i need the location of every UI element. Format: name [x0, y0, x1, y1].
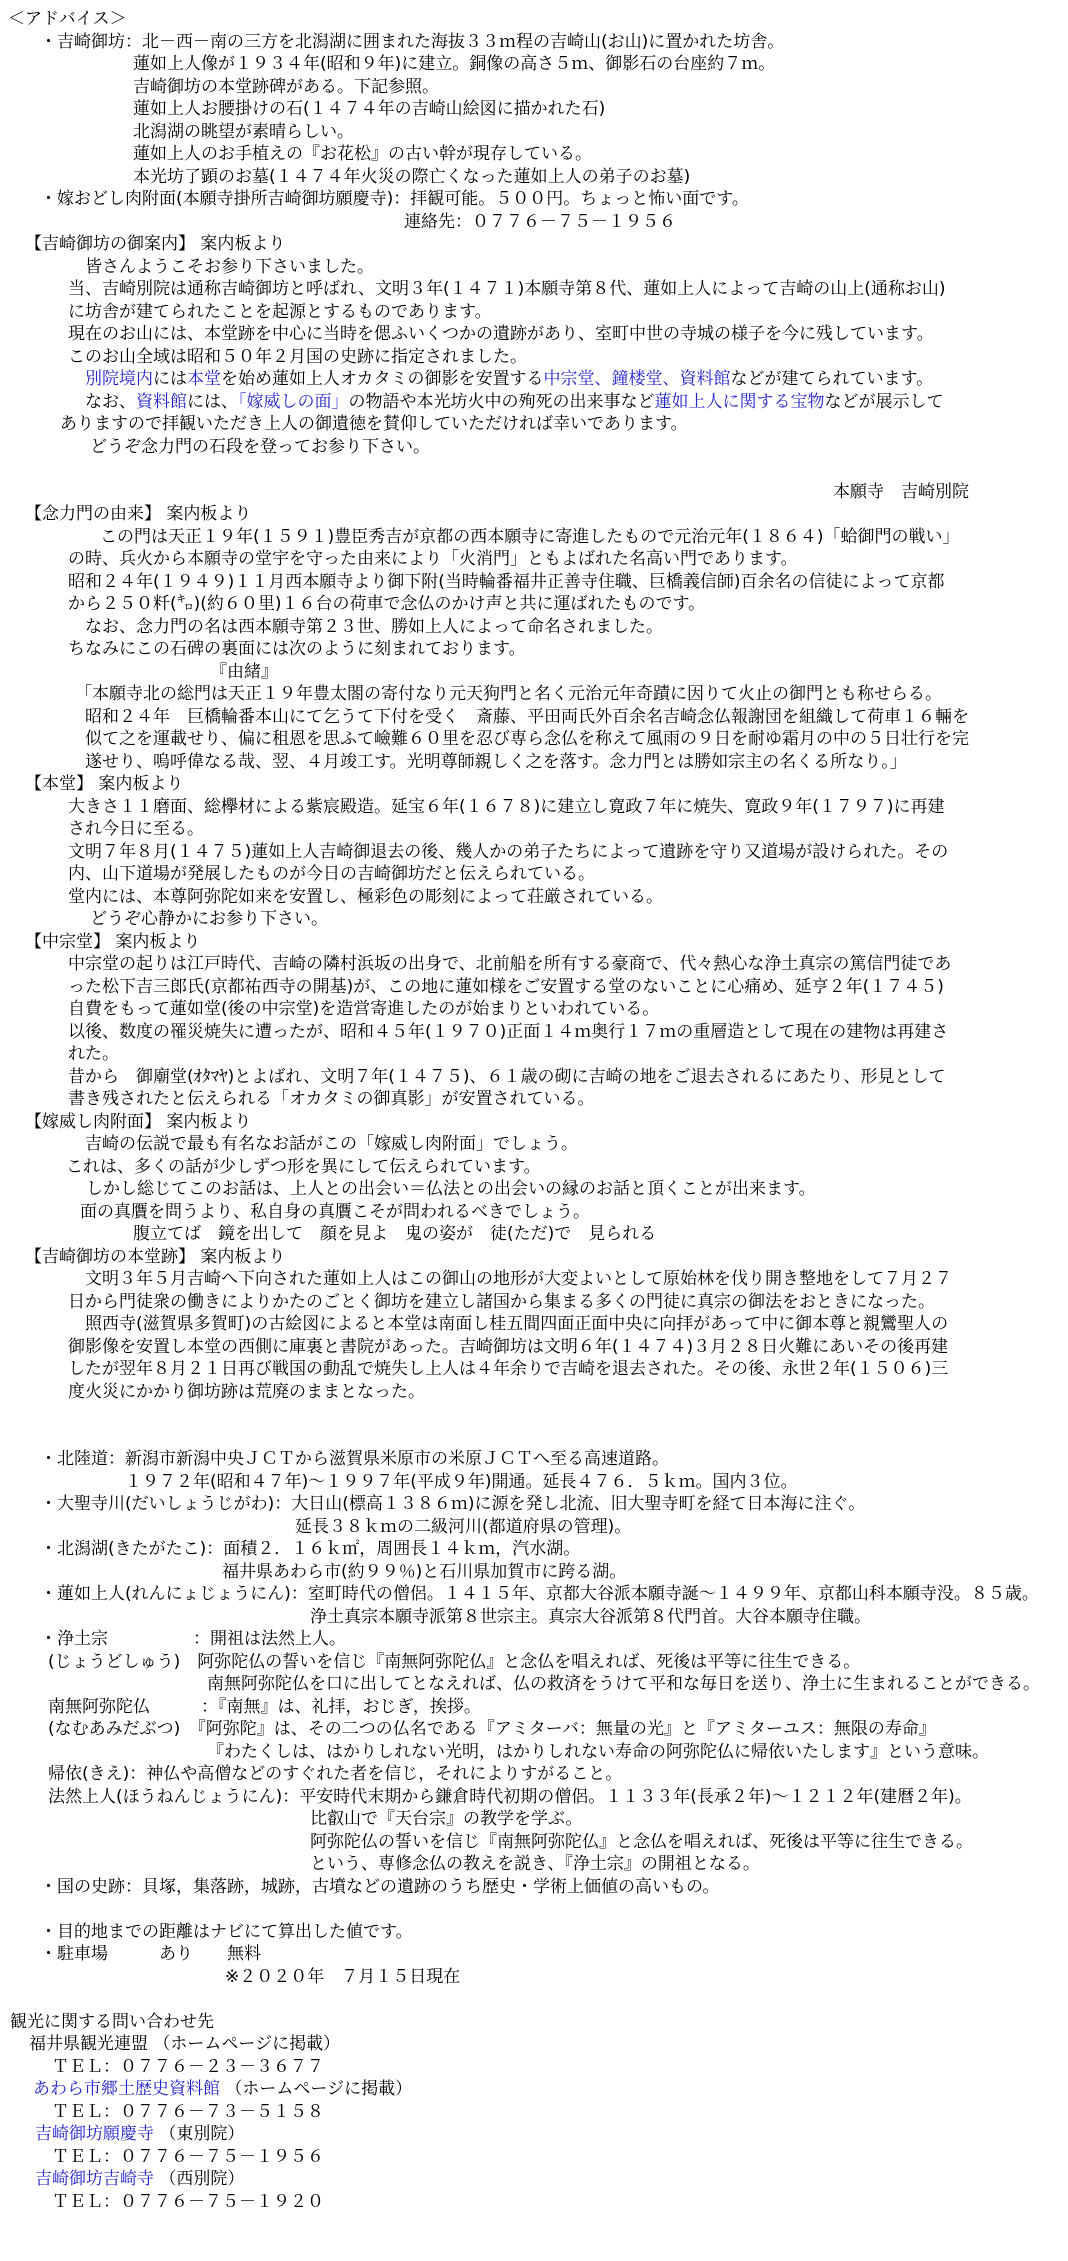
text-segment: ありますので拝観いただき上人の御遺徳を賛仰していただければ幸いであります。: [60, 414, 688, 434]
text-line: 遂せり、嗚呼偉なる哉、翌、４月竣工す。光明尊師親しく之を落す。念力門とは勝如宗主…: [0, 751, 1068, 774]
text-segment: 【吉崎御坊の本堂跡】 案内板より: [25, 1247, 285, 1267]
section-heading: 【中宗堂】 案内板より: [0, 931, 1068, 954]
text-segment: ・大聖寺川(だいしょうじがわ)：大日山(標高１３８６ｍ)に源を発し北流、旧大聖寺…: [40, 1494, 865, 1514]
text-segment: （ホームページに掲載）: [220, 2079, 412, 2099]
text-line: なお、念力門の名は西本願寺第２３世、勝如上人によって命名されました。: [0, 616, 1068, 639]
text-segment: 帰依(きえ)：神仏や高僧などのすぐれた者を信じ，それによりすがること。: [48, 1764, 622, 1784]
text-segment: 中宗堂の起りは江戸時代、吉崎の隣村浜坂の出身で、北前船を所有する豪商で、代々熱心…: [68, 954, 951, 974]
text-segment: ・蓮如上人(れんにょじょうにん)：室町時代の僧侶。１４１５年、京都大谷派本願寺誕…: [40, 1584, 1039, 1604]
text-line: 昭和２４年(１９４９)１１月西本願寺より御下附(当時輪番福井正善寺住職、巨橋義信…: [0, 571, 1068, 594]
text-line: 現在のお山には、本堂跡を中心に当時を偲ふいくつかの遺跡があり、室町中世の寺城の様…: [0, 323, 1068, 346]
text-segment: ・北潟湖(きたがたこ)：面積２．１６ｋ㎡，周囲長１４ｋｍ，汽水湖。: [40, 1539, 580, 1559]
text-segment: ＴＥＬ：０７７６－７５－１９２０: [52, 2192, 324, 2212]
text-line: に坊舎が建てられたことを起源とするものであります。: [0, 301, 1068, 324]
text-segment: 南無阿弥陀仏を口に出してとなえれば、仏の救済をうけて平和な毎日を送り、浄土に生ま…: [207, 1674, 1040, 1694]
text-segment: ・国の史跡：貝塚，集落跡，城跡，古墳などの遺跡のうち歴史・学術上価値の高いもの。: [40, 1877, 719, 1897]
text-segment: った松下吉三郎氏(京都祐西寺の開基)が、この地に蓮如様をご安置する堂のないことに…: [68, 977, 944, 997]
link[interactable]: 別院境内: [85, 369, 153, 389]
bullet-line: ・嫁おどし肉附面(本願寺掛所吉崎御坊願慶寺)：拝観可能。５００円。ちょっと怖い面…: [0, 188, 1068, 211]
text-line: 大きさ１１磨面、総欅材による紫宸殿造。延宝６年(１６７８)に建立し寛政７年に焼失…: [0, 796, 1068, 819]
section-heading: 【吉崎御坊の御案内】 案内板より: [0, 233, 1068, 256]
text-line: 法然上人(ほうねんじょうにん)：平安時代末期から鎌倉時代初期の僧侶。１１３３年(…: [0, 1786, 1068, 1809]
link[interactable]: 吉崎御坊願慶寺: [35, 2124, 154, 2144]
blank-line: [0, 1403, 1068, 1426]
text-line: これは、多くの話が少しずつ形を異にして伝えられています。: [0, 1156, 1068, 1179]
text-line: あわら市郷土歴史資料館 （ホームページに掲載）: [0, 2078, 1068, 2101]
text-segment: れた。: [68, 1044, 119, 1064]
bullet-line: ・大聖寺川(だいしょうじがわ)：大日山(標高１３８６ｍ)に源を発し北流、旧大聖寺…: [0, 1493, 1068, 1516]
tel-line: ＴＥＬ：０７７６－２３－３６７７: [0, 2056, 1068, 2079]
text-segment: 皆さんようこそお参り下さいました。: [85, 257, 374, 277]
text-segment: 度火災にかかり御坊跡は荒廃のままとなった。: [68, 1382, 425, 1402]
text-line: った松下吉三郎氏(京都祐西寺の開基)が、この地に蓮如様をご安置する堂のないことに…: [0, 976, 1068, 999]
text-segment: なお、念力門の名は西本願寺第２３世、勝如上人によって命名されました。: [85, 617, 663, 637]
text-line: 書き残されたと伝えられる「オカタミの御真影」が安置されている。: [0, 1088, 1068, 1111]
text-line: 内、山下道場が発展したものが今日の吉崎御坊だと伝えられている。: [0, 863, 1068, 886]
text-line: 比叡山で『天台宗』の教学を学ぶ。: [0, 1808, 1068, 1831]
text-segment: 福井県あわら市(約９９％)と石川県加賀市に跨る湖。: [222, 1562, 626, 1582]
text-line: 文明７年８月(１４７５)蓮如上人吉崎御退去の後、幾人かの弟子たちによって遺跡を守…: [0, 841, 1068, 864]
text-line: どうぞ心静かにお参り下さい。: [0, 908, 1068, 931]
text-line: 南無阿弥陀仏を口に出してとなえれば、仏の救済をうけて平和な毎日を送り、浄土に生ま…: [0, 1673, 1068, 1696]
text-line: この門は天正１９年(１５９１)豊臣秀吉が京都の西本願寺に寄進したもので元治元年(…: [0, 526, 1068, 549]
document: ＜アドバイス＞・吉崎御坊：北－西－南の三方を北潟湖に囲まれた海抜３３ｍ程の吉崎山…: [0, 0, 1068, 2213]
text-line: 御影像を安置し本堂の西側に庫裏と書院があった。吉崎御坊は文明６年(１４７４)３月…: [0, 1336, 1068, 1359]
link[interactable]: あわら市郷土歴史資料館: [33, 2079, 220, 2099]
tel-line: ＴＥＬ：０７７６－７３－５１５８: [0, 2101, 1068, 2124]
text-segment: 【本堂】 案内板より: [25, 774, 183, 794]
text-segment: という、専修念仏の教えを説き、『浄土宗』の開祖となる。: [310, 1854, 760, 1874]
text-line: 『由緒』: [0, 661, 1068, 684]
text-segment: には: [153, 369, 187, 389]
inquiry-heading: 観光に関する問い合わせ先: [0, 2011, 1068, 2034]
signature: 本願寺 吉崎別院: [0, 481, 1068, 504]
text-segment: このお山全域は昭和５０年２月国の史跡に指定されました。: [68, 347, 527, 367]
bullet-line: ・国の史跡：貝塚，集落跡，城跡，古墳などの遺跡のうち歴史・学術上価値の高いもの。: [0, 1876, 1068, 1899]
advice-heading: ＜アドバイス＞: [0, 8, 1068, 31]
text-line: したが翌年８月２１日再び戦国の動乱で焼失し上人は４年余りで吉崎を退去された。その…: [0, 1358, 1068, 1381]
text-line: 本光坊了顕のお墓(１４７４年火災の際亡くなった蓮如上人の弟子のお墓): [0, 166, 1068, 189]
text-segment: 蓮如上人お腰掛けの石(１４７４年の吉崎山絵図に描かれた石): [133, 99, 605, 119]
text-segment: に坊舎が建てられたことを起源とするものであります。: [68, 302, 492, 322]
text-line: 自費をもって蓮如堂(後の中宗堂)を造営寄進したのが始まりといわれている。: [0, 998, 1068, 1021]
text-line: 蓮如上人のお手植えの『お花松』の古い幹が現存している。: [0, 143, 1068, 166]
text-line: しかし総じてこのお話は、上人との出会い＝仏法との出会いの縁のお話と頂くことが出来…: [0, 1178, 1068, 1201]
section-heading: 【嫁威し肉附面】 案内板より: [0, 1111, 1068, 1134]
text-line: 似て之を運載せり、偏に租恩を思ふて嶮難６０里を忍び専ら念仏を称えて風雨の９日を耐…: [0, 728, 1068, 751]
text-segment: 文明７年８月(１４７５)蓮如上人吉崎御退去の後、幾人かの弟子たちによって遺跡を守…: [68, 842, 948, 862]
text-segment: 阿弥陀仏の誓いを信じ『南無阿弥陀仏』と念仏を唱えれば、死後は平等に往生できる。: [310, 1832, 973, 1852]
text-line: １９７２年(昭和４７年)～１９９７年(平成９年)開通。延長４７６．５ｋｍ。国内３…: [0, 1471, 1068, 1494]
text-line: 吉崎御坊願慶寺 （東別院）: [0, 2123, 1068, 2146]
text-segment: 書き残されたと伝えられる「オカタミの御真影」が安置されている。: [68, 1089, 595, 1109]
text-segment: の時、兵火から本願寺の堂宇を守った由来により「火消門」ともよばれた名高い門であり…: [68, 549, 798, 569]
link[interactable]: 吉崎御坊吉崎寺: [35, 2169, 154, 2189]
text-line: 浄土真宗本願寺派第８世宗主。真宗大谷派第８代門首。大谷本願寺住職。: [0, 1606, 1068, 1629]
text-segment: 【念力門の由来】 案内板より: [25, 504, 251, 524]
text-line: 『わたくしは、はかりしれない光明，はかりしれない寿命の阿弥陀仏に帰依いたします』…: [0, 1741, 1068, 1764]
text-segment: （西別院）: [154, 2169, 244, 2189]
text-line: れた。: [0, 1043, 1068, 1066]
text-segment: 【吉崎御坊の御案内】 案内板より: [25, 234, 285, 254]
text-segment: 大きさ１１磨面、総欅材による紫宸殿造。延宝６年(１６７８)に建立し寛政７年に焼失…: [68, 797, 945, 817]
link[interactable]: 資料館: [136, 392, 187, 412]
text-segment: 比叡山で『天台宗』の教学を学ぶ。: [310, 1809, 582, 1829]
text-segment: ・目的地までの距離はナビにて算出した値です。: [40, 1922, 413, 1942]
blank-line: [0, 1988, 1068, 2011]
text-line: ありますので拝観いただき上人の御遺徳を賛仰していただければ幸いであります。: [0, 413, 1068, 436]
text-segment: したが翌年８月２１日再び戦国の動乱で焼失し上人は４年余りで吉崎を退去された。その…: [68, 1359, 948, 1379]
tel-line: ＴＥＬ：０７７６－７５－１９２０: [0, 2191, 1068, 2214]
bullet-line: ・北潟湖(きたがたこ)：面積２．１６ｋ㎡，周囲長１４ｋｍ，汽水湖。: [0, 1538, 1068, 1561]
text-line: 南無阿弥陀仏 ：『南無』は、礼拝，おじぎ，挨拶。: [0, 1696, 1068, 1719]
text-segment: 吉崎の伝説で最も有名なお話がこの「嫁威し肉附面」でしょう。: [85, 1134, 578, 1154]
text-line: 照西寺(滋賀県多賀町)の古絵図によると本堂は南面し桂五間四面正面中央に向拝があっ…: [0, 1313, 1068, 1336]
text-line: 皆さんようこそお参り下さいました。: [0, 256, 1068, 279]
text-segment: 以後、数度の罹災焼失に遭ったが、昭和４５年(１９７０)正面１４ｍ奥行１７ｍの重層…: [68, 1022, 948, 1042]
text-line: 中宗堂の起りは江戸時代、吉崎の隣村浜坂の出身で、北前船を所有する豪商で、代々熱心…: [0, 953, 1068, 976]
text-line: され今日に至る。: [0, 818, 1068, 841]
section-heading: 【本堂】 案内板より: [0, 773, 1068, 796]
text-segment: 連絡先：０７７６－７５－１９５６: [404, 212, 676, 232]
text-segment: 文明３年５月吉崎へ下向された蓮如上人はこの御山の地形が大変よいとして原始林を伐り…: [85, 1269, 952, 1289]
text-segment: 昭和２４年 巨橋輪番本山にて乞うて下付を受く 斎藤、平田両氏外百余名吉崎念仏報謝…: [85, 707, 969, 727]
link[interactable]: 「嫁威しの面」: [238, 392, 349, 412]
text-segment: 照西寺(滋賀県多賀町)の古絵図によると本堂は南面し桂五間四面正面中央に向拝があっ…: [85, 1314, 948, 1334]
text-line: 日から門徒衆の働きによりかたのごとく御坊を建立し諸国から集まる多くの門徒に真宗の…: [0, 1291, 1068, 1314]
text-segment: を始め蓮如上人オカタミの御影を安置する: [221, 369, 544, 389]
text-segment: ＴＥＬ：０７７６－７５－１９５６: [52, 2147, 324, 2167]
text-line: の時、兵火から本願寺の堂宇を守った由来により「火消門」ともよばれた名高い門であり…: [0, 548, 1068, 571]
text-segment: この門は天正１９年(１５９１)豊臣秀吉が京都の西本願寺に寄進したもので元治元年(…: [100, 527, 960, 547]
text-line: 度火災にかかり御坊跡は荒廃のままとなった。: [0, 1381, 1068, 1404]
text-segment: ＴＥＬ：０７７６－２３－３６７７: [52, 2057, 324, 2077]
as-of-date: ※２０２０年 ７月１５日現在: [0, 1966, 1068, 1989]
text-line: 北潟湖の眺望が素晴らしい。: [0, 121, 1068, 144]
text-segment: 自費をもって蓮如堂(後の中宗堂)を造営寄進したのが始まりといわれている。: [68, 999, 659, 1019]
text-segment: などが建てられています。: [731, 369, 934, 389]
text-line: から２５０粁(㌔)(約６０里)１６台の荷車で念仏のかけ声と共に運ばれたものです。: [0, 593, 1068, 616]
text-segment: 本光坊了顕のお墓(１４７４年火災の際亡くなった蓮如上人の弟子のお墓): [133, 167, 690, 187]
text-segment: 【嫁威し肉附面】 案内板より: [25, 1112, 251, 1132]
text-line: 吉崎御坊吉崎寺 （西別院）: [0, 2168, 1068, 2191]
text-segment: ・嫁おどし肉附面(本願寺掛所吉崎御坊願慶寺)：拝観可能。５００円。ちょっと怖い面…: [40, 189, 749, 209]
bullet-line: ・目的地までの距離はナビにて算出した値です。: [0, 1921, 1068, 1944]
bullet-line: ・蓮如上人(れんにょじょうにん)：室町時代の僧侶。１４１５年、京都大谷派本願寺誕…: [0, 1583, 1068, 1606]
text-line: 堂内には、本尊阿弥陀如来を安置し、極彩色の彫刻によって荘厳されている。: [0, 886, 1068, 909]
text-segment: (なむあみだぶつ) 『阿弥陀』は、その二つの仏名である『アミターバ：無量の光』と…: [48, 1719, 936, 1739]
text-segment: 内、山下道場が発展したものが今日の吉崎御坊だと伝えられている。: [68, 864, 595, 884]
text-line: なお、資料館には、「嫁威しの面」の物語や本光坊火中の殉死の出来事など蓮如上人に関…: [0, 391, 1068, 414]
text-line: 昔から 御廟堂(ｵﾀﾏﾔ)とよばれ、文明７年(１４７５)、６１歳の砌に吉崎の地を…: [0, 1066, 1068, 1089]
text-line: このお山全域は昭和５０年２月国の史跡に指定されました。: [0, 346, 1068, 369]
text-segment: 【中宗堂】 案内板より: [25, 932, 200, 952]
bullet-line: ・北陸道：新潟市新潟中央ＪＣＴから滋賀県米原市の米原ＪＣＴへ至る高速道路。: [0, 1448, 1068, 1471]
text-line: 別院境内には本堂を始め蓮如上人オカタミの御影を安置する中宗堂、鐘楼堂、資料館など…: [0, 368, 1068, 391]
text-segment: 観光に関する問い合わせ先: [10, 2012, 214, 2032]
text-segment: 『由緒』: [210, 662, 278, 682]
text-line: 文明３年５月吉崎へ下向された蓮如上人はこの御山の地形が大変よいとして原始林を伐り…: [0, 1268, 1068, 1291]
bullet-line: ・駐車場 あり 無料: [0, 1943, 1068, 1966]
section-heading: 【念力門の由来】 案内板より: [0, 503, 1068, 526]
text-segment: ＴＥＬ：０７７６－７３－５１５８: [52, 2102, 324, 2122]
text-segment: 昔から 御廟堂(ｵﾀﾏﾔ)とよばれ、文明７年(１４７５)、６１歳の砌に吉崎の地を…: [68, 1067, 946, 1087]
text-line: 吉崎御坊の本堂跡碑がある。下記参照。: [0, 76, 1068, 99]
text-segment: 腹立てば 鏡を出して 顔を見よ 鬼の姿が 徒(ただ)で 見られる: [133, 1224, 656, 1244]
section-heading: 【吉崎御坊の本堂跡】 案内板より: [0, 1246, 1068, 1269]
text-segment: これは、多くの話が少しずつ形を異にして伝えられています。: [66, 1157, 541, 1177]
text-line: 腹立てば 鏡を出して 顔を見よ 鬼の姿が 徒(ただ)で 見られる: [0, 1223, 1068, 1246]
text-segment: 面の真贋を問うより、私自身の真贋こそが問われるべきでしょう。: [80, 1202, 590, 1222]
link[interactable]: 蓮如上人に関する宝物: [655, 392, 825, 412]
text-line: 蓮如上人お腰掛けの石(１４７４年の吉崎山絵図に描かれた石): [0, 98, 1068, 121]
text-segment: （東別院）: [154, 2124, 244, 2144]
blank-line: [0, 1898, 1068, 1921]
text-segment: 吉崎御坊の本堂跡碑がある。下記参照。: [133, 77, 439, 97]
text-segment: 「本願寺北の総門は天正１９年豊太閤の寄付なり元天狗門と名く元治元年奇蹟に因りて火…: [75, 684, 942, 704]
text-line: 昭和２４年 巨橋輪番本山にて乞うて下付を受く 斎藤、平田両氏外百余名吉崎念仏報謝…: [0, 706, 1068, 729]
text-segment: どうぞ心静かにお参り下さい。: [90, 909, 328, 929]
text-segment: ・吉崎御坊：北－西－南の三方を北潟湖に囲まれた海抜３３ｍ程の吉崎山(お山)に置か…: [40, 32, 784, 52]
text-segment: 御影像を安置し本堂の西側に庫裏と書院があった。吉崎御坊は文明６年(１４７４)３月…: [68, 1337, 948, 1357]
text-segment: なお、: [85, 392, 136, 412]
text-segment: 北潟湖の眺望が素晴らしい。: [133, 122, 354, 142]
text-segment: 浄土真宗本願寺派第８世宗主。真宗大谷派第８代門首。大谷本願寺住職。: [310, 1607, 871, 1627]
text-segment: ＜アドバイス＞: [8, 9, 127, 29]
text-segment: ※２０２０年 ７月１５日現在: [225, 1967, 460, 1987]
text-line: 福井県あわら市(約９９％)と石川県加賀市に跨る湖。: [0, 1561, 1068, 1584]
blank-line: [0, 1426, 1068, 1449]
text-segment: (じょうどしゅう) 阿弥陀仏の誓いを信じ『南無阿弥陀仏』と念仏を唱えれば、死後は…: [48, 1652, 860, 1672]
text-segment: 法然上人(ほうねんじょうにん)：平安時代末期から鎌倉時代初期の僧侶。１１３３年(…: [48, 1787, 972, 1807]
text-segment: 『わたくしは、はかりしれない光明，はかりしれない寿命の阿弥陀仏に帰依いたします』…: [207, 1742, 989, 1762]
text-segment: などが展示して: [825, 392, 944, 412]
text-segment: 本願寺 吉崎別院: [833, 482, 969, 502]
text-segment: ・北陸道：新潟市新潟中央ＪＣＴから滋賀県米原市の米原ＪＣＴへ至る高速道路。: [40, 1449, 669, 1469]
text-segment: 似て之を運載せり、偏に租恩を思ふて嶮難６０里を忍び専ら念仏を称えて風雨の９日を耐…: [85, 729, 969, 749]
text-segment: 蓮如上人のお手植えの『お花松』の古い幹が現存している。: [133, 144, 592, 164]
text-segment: 遂せり、嗚呼偉なる哉、翌、４月竣工す。光明尊師親しく之を落す。念力門とは勝如宗主…: [85, 752, 907, 772]
text-segment: 昭和２４年(１９４９)１１月西本願寺より御下附(当時輪番福井正善寺住職、巨橋義信…: [68, 572, 945, 592]
blank-line: [0, 458, 1068, 481]
text-line: (なむあみだぶつ) 『阿弥陀』は、その二つの仏名である『アミターバ：無量の光』と…: [0, 1718, 1068, 1741]
text-line: 「本願寺北の総門は天正１９年豊太閤の寄付なり元天狗門と名く元治元年奇蹟に因りて火…: [0, 683, 1068, 706]
text-line: どうぞ念力門の石段を登ってお参り下さい。: [0, 436, 1068, 459]
text-segment: 蓮如上人像が１９３４年(昭和９年)に建立。銅像の高さ５ｍ、御影石の台座約７ｍ。: [133, 54, 775, 74]
text-segment: 日から門徒衆の働きによりかたのごとく御坊を建立し諸国から集まる多くの門徒に真宗の…: [68, 1292, 935, 1312]
text-segment: ・浄土宗 ：開祖は法然上人。: [40, 1629, 346, 1649]
bullet-line: ・吉崎御坊：北－西－南の三方を北潟湖に囲まれた海抜３３ｍ程の吉崎山(お山)に置か…: [0, 31, 1068, 54]
text-line: 面の真贋を問うより、私自身の真贋こそが問われるべきでしょう。: [0, 1201, 1068, 1224]
link[interactable]: 中宗堂、鐘楼堂、資料館: [544, 369, 731, 389]
text-line: 福井県観光連盟 （ホームページに掲載）: [0, 2033, 1068, 2056]
text-line: 帰依(きえ)：神仏や高僧などのすぐれた者を信じ，それによりすがること。: [0, 1763, 1068, 1786]
contact-phone: 連絡先：０７７６－７５－１９５６: [0, 211, 1068, 234]
text-segment: １９７２年(昭和４７年)～１９９７年(平成９年)開通。延長４７６．５ｋｍ。国内３…: [125, 1472, 798, 1492]
text-line: という、専修念仏の教えを説き、『浄土宗』の開祖となる。: [0, 1853, 1068, 1876]
text-segment: から２５０粁(㌔)(約６０里)１６台の荷車で念仏のかけ声と共に運ばれたものです。: [68, 594, 705, 614]
tel-line: ＴＥＬ：０７７６－７５－１９５６: [0, 2146, 1068, 2169]
text-segment: しかし総じてこのお話は、上人との出会い＝仏法との出会いの縁のお話と頂くことが出来…: [86, 1179, 816, 1199]
text-segment: の物語や本光坊火中の殉死の出来事など: [349, 392, 655, 412]
text-segment: 南無阿弥陀仏 ：『南無』は、礼拝，おじぎ，挨拶。: [48, 1697, 481, 1717]
text-segment: ちなみにこの石碑の裏面には次のように刻まれております。: [68, 639, 526, 659]
text-line: 以後、数度の罹災焼失に遭ったが、昭和４５年(１９７０)正面１４ｍ奥行１７ｍの重層…: [0, 1021, 1068, 1044]
text-segment: 福井県観光連盟 （ホームページに掲載）: [29, 2034, 340, 2054]
text-line: 蓮如上人像が１９３４年(昭和９年)に建立。銅像の高さ５ｍ、御影石の台座約７ｍ。: [0, 53, 1068, 76]
link[interactable]: 本堂: [187, 369, 221, 389]
text-segment: には、: [187, 392, 238, 412]
text-segment: 当、吉崎別院は通称吉崎御坊と呼ばれ、文明３年(１４７１)本願寺第８代、蓮如上人に…: [68, 279, 946, 299]
text-line: (じょうどしゅう) 阿弥陀仏の誓いを信じ『南無阿弥陀仏』と念仏を唱えれば、死後は…: [0, 1651, 1068, 1674]
text-segment: どうぞ念力門の石段を登ってお参り下さい。: [90, 437, 430, 457]
text-segment: 堂内には、本尊阿弥陀如来を安置し、極彩色の彫刻によって荘厳されている。: [68, 887, 663, 907]
text-line: 吉崎の伝説で最も有名なお話がこの「嫁威し肉附面」でしょう。: [0, 1133, 1068, 1156]
text-segment: 現在のお山には、本堂跡を中心に当時を偲ふいくつかの遺跡があり、室町中世の寺城の様…: [68, 324, 934, 344]
bullet-line: ・浄土宗 ：開祖は法然上人。: [0, 1628, 1068, 1651]
text-line: ちなみにこの石碑の裏面には次のように刻まれております。: [0, 638, 1068, 661]
text-segment: ・駐車場 あり 無料: [40, 1944, 261, 1964]
text-line: 延長３８ｋｍの二級河川(都道府県の管理)。: [0, 1516, 1068, 1539]
text-segment: 延長３８ｋｍの二級河川(都道府県の管理)。: [295, 1517, 631, 1537]
text-line: 当、吉崎別院は通称吉崎御坊と呼ばれ、文明３年(１４７１)本願寺第８代、蓮如上人に…: [0, 278, 1068, 301]
text-line: 阿弥陀仏の誓いを信じ『南無阿弥陀仏』と念仏を唱えれば、死後は平等に往生できる。: [0, 1831, 1068, 1854]
text-segment: され今日に至る。: [68, 819, 204, 839]
